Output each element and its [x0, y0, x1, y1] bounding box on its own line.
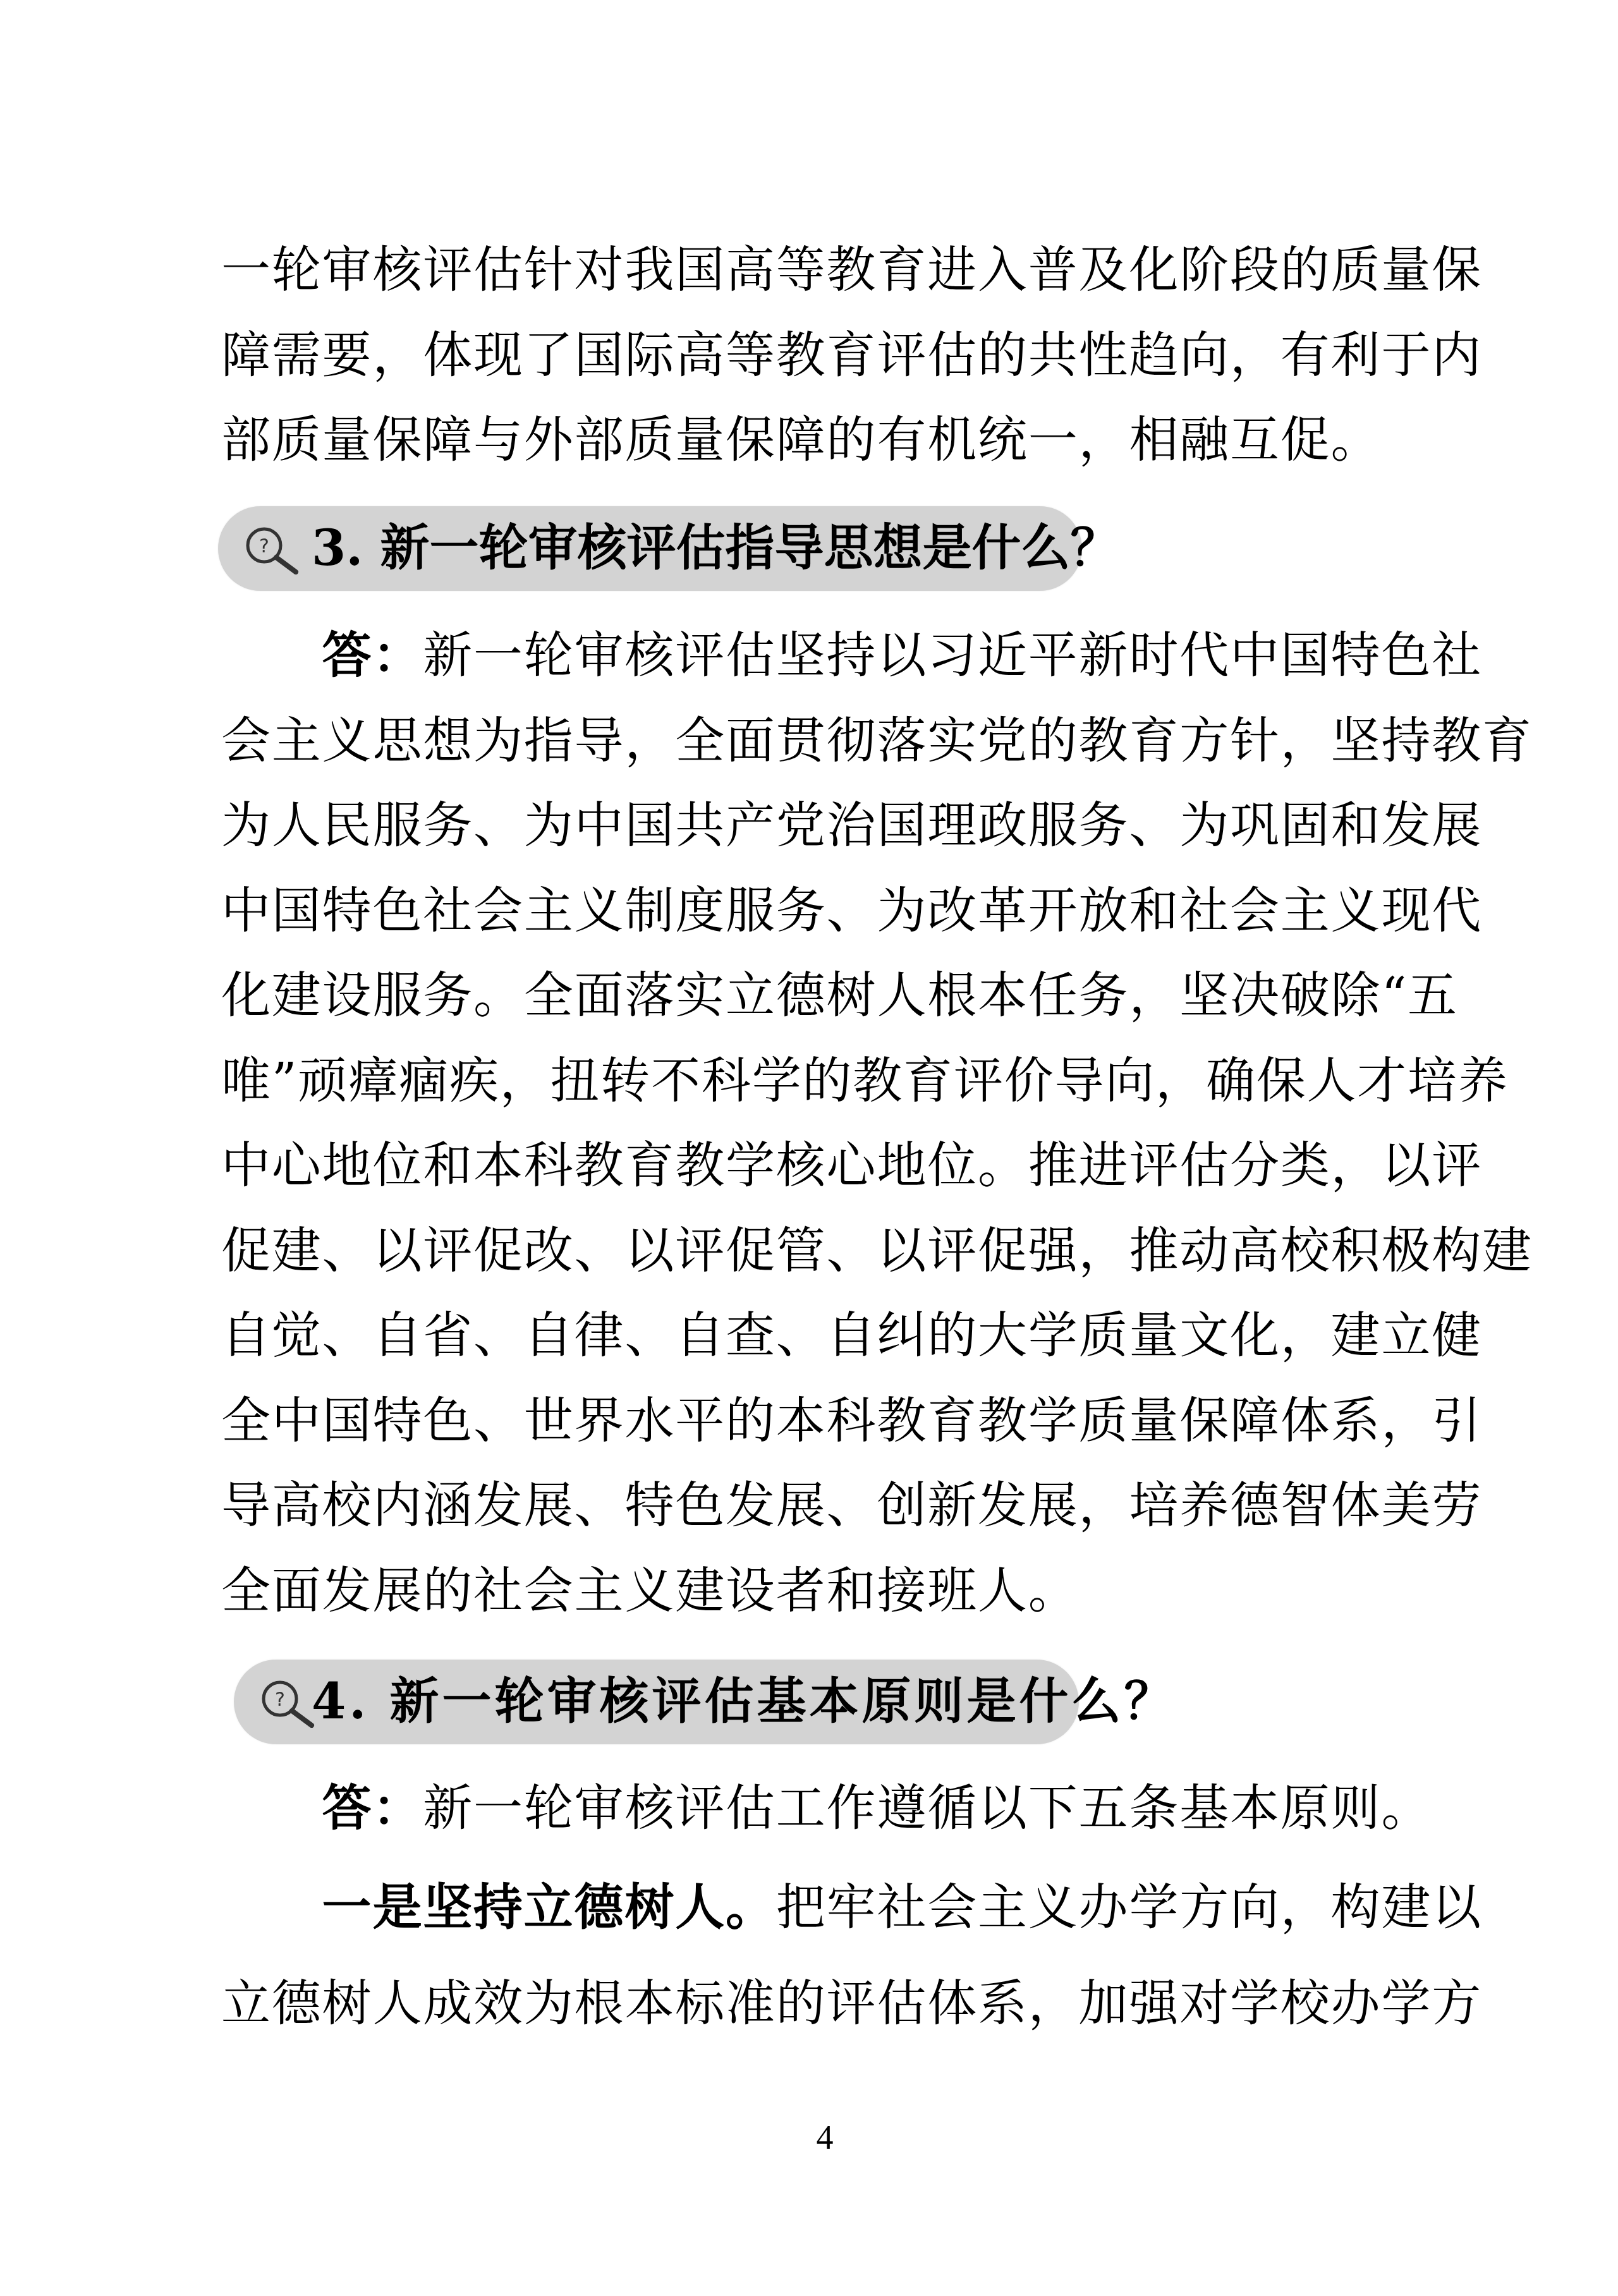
question-heading-3: ? 3. 新一轮审核评估指导思想是什么？	[218, 506, 1082, 591]
answer-line: 中心地位和本科教育教学核心地位。推进评估分类，以评	[221, 1124, 1435, 1209]
principle-1: 一是坚持立德树人。把牢社会主义办学方向，构建以 立德树人成效为根本标准的评估体系…	[221, 1859, 1435, 2053]
answer-line: 自觉、自省、自律、自查、自纠的大学质量文化，建立健	[221, 1294, 1435, 1379]
answer-line: 促建、以评促改、以评促管、以评促强，推动高校积极构建	[221, 1209, 1435, 1294]
answer-line: 全中国特色、世界水平的本科教育教学质量保障体系，引	[221, 1379, 1435, 1464]
magnifier-question-icon: ?	[261, 1680, 315, 1728]
answer-label: 答：	[322, 1780, 423, 1837]
paragraph-line: 一轮审核评估针对我国高等教育进入普及化阶段的质量保	[221, 228, 1435, 313]
answer-label: 答：	[322, 627, 423, 684]
answer-3: 答：新一轮审核评估坚持以习近平新时代中国特色社 会主义思想为指导，全面贯彻落实党…	[221, 614, 1435, 1634]
answer-text: 新一轮审核评估工作遵循以下五条基本原则。	[423, 1780, 1432, 1837]
paragraph-line: 障需要，体现了国际高等教育评估的共性趋向，有利于内	[221, 313, 1435, 399]
answer-line: 为人民服务、为中国共产党治国理政服务、为巩固和发展	[221, 784, 1435, 869]
answer-line: 全面发展的社会主义建设者和接班人。	[221, 1549, 1435, 1634]
answer-line: 中国特色社会主义制度服务、为改革开放和社会主义现代	[221, 869, 1435, 954]
paragraph-line: 部质量保障与外部质量保障的有机统一，相融互促。	[221, 398, 1435, 483]
page-number: 4	[777, 2117, 872, 2158]
principle-lead: 一是坚持立德树人。	[322, 1879, 776, 1936]
answer-first-line: 答：新一轮审核评估工作遵循以下五条基本原则。	[221, 1766, 1435, 1852]
answer-line: 唯”顽瘴痼疾，扭转不科学的教育评价导向，确保人才培养	[221, 1039, 1435, 1124]
principle-first-line: 一是坚持立德树人。把牢社会主义办学方向，构建以	[221, 1859, 1435, 1956]
answer-line: 化建设服务。全面落实立德树人根本任务，坚决破除“五	[221, 954, 1435, 1039]
svg-text:?: ?	[259, 535, 269, 557]
answer-line: 导高校内涵发展、特色发展、创新发展，培养德智体美劳	[221, 1464, 1435, 1549]
answer-text: 新一轮审核评估坚持以习近平新时代中国特色社	[423, 628, 1482, 684]
magnifier-question-icon: ?	[245, 526, 300, 574]
document-page: 一轮审核评估针对我国高等教育进入普及化阶段的质量保 障需要，体现了国际高等教育评…	[0, 0, 1618, 2296]
intro-paragraph: 一轮审核评估针对我国高等教育进入普及化阶段的质量保 障需要，体现了国际高等教育评…	[221, 228, 1435, 483]
answer-line: 会主义思想为指导，全面贯彻落实党的教育方针，坚持教育	[221, 699, 1435, 784]
principle-text: 把牢社会主义办学方向，构建以	[776, 1880, 1482, 1936]
answer-first-line: 答：新一轮审核评估坚持以习近平新时代中国特色社	[221, 614, 1435, 699]
principle-line: 立德树人成效为根本标准的评估体系，加强对学校办学方	[221, 1956, 1435, 2053]
question-title: 4. 新一轮审核评估基本原则是什么？	[312, 1660, 1177, 1744]
svg-text:?: ?	[275, 1689, 285, 1711]
answer-4: 答：新一轮审核评估工作遵循以下五条基本原则。	[221, 1766, 1435, 1852]
question-heading-4: ? 4. 新一轮审核评估基本原则是什么？	[234, 1660, 1079, 1744]
question-title: 3. 新一轮审核评估指导思想是什么？	[312, 506, 1120, 591]
